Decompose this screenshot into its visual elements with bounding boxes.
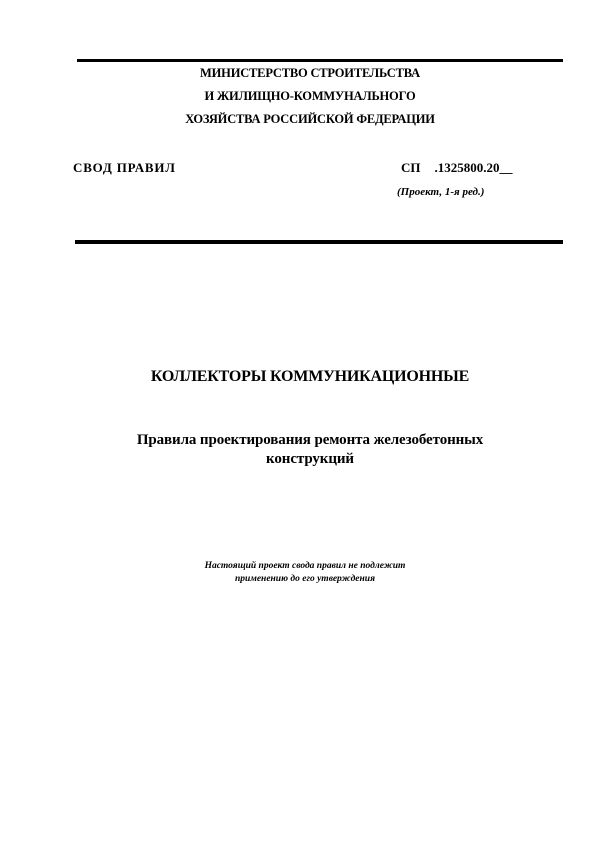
document-code: СП.1325800.20__ xyxy=(401,160,513,176)
document-title: КОЛЛЕКТОРЫ КОММУНИКАЦИОННЫЕ xyxy=(0,368,595,386)
code-number: .1325800.20__ xyxy=(435,160,513,175)
subtitle-line-2: конструкций xyxy=(0,450,595,469)
ministry-header: МИНИСТЕРСТВО СТРОИТЕЛЬСТВА И ЖИЛИЩНО-КОМ… xyxy=(0,62,595,131)
approval-notice: Настоящий проект свода правил не подлежи… xyxy=(0,560,595,586)
notice-line-2: применению до его утверждения xyxy=(0,573,595,586)
code-prefix: СП xyxy=(401,160,421,175)
ministry-line-2: И ЖИЛИЩНО-КОММУНАЛЬНОГО xyxy=(0,85,595,108)
ministry-line-3: ХОЗЯЙСТВА РОССИЙСКОЙ ФЕДЕРАЦИИ xyxy=(0,108,595,131)
header-bottom-rule xyxy=(75,240,563,244)
document-subtitle: Правила проектирования ремонта железобет… xyxy=(0,431,595,469)
draft-edition-note: (Проект, 1-я ред.) xyxy=(397,186,484,198)
document-type-label: СВОД ПРАВИЛ xyxy=(73,160,176,176)
ministry-line-1: МИНИСТЕРСТВО СТРОИТЕЛЬСТВА xyxy=(0,62,595,85)
notice-line-1: Настоящий проект свода правил не подлежи… xyxy=(0,560,595,573)
subtitle-line-1: Правила проектирования ремонта железобет… xyxy=(0,431,595,450)
